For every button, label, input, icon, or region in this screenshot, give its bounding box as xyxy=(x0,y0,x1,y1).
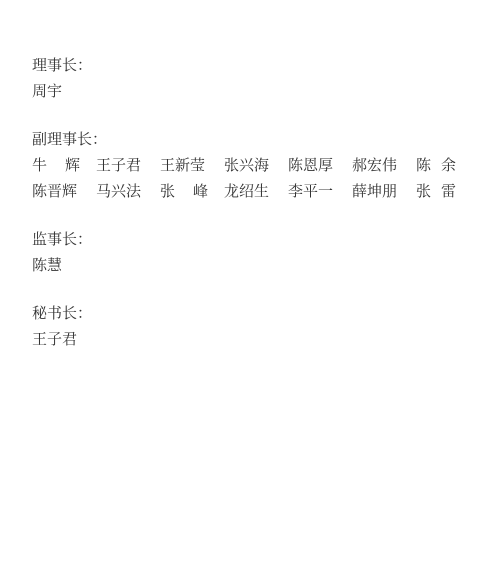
vice-chairman-name: 陈晋辉 xyxy=(32,180,96,202)
secretary-general-name: 王子君 xyxy=(32,328,472,350)
vice-chairman-name: 薛坤朋 xyxy=(352,180,416,202)
vice-chairman-row-2: 陈晋辉 马兴法 张峰 龙绍生 李平一 薛坤朋 张雷 xyxy=(32,180,472,202)
chairman-name: 周宇 xyxy=(32,80,472,102)
vice-chairman-label: 副理事长： xyxy=(32,128,472,150)
vice-chairman-name: 郝宏伟 xyxy=(352,154,416,176)
supervisor-label: 监事长： xyxy=(32,228,472,250)
vice-chairman-name: 李平一 xyxy=(288,180,352,202)
leadership-list: 理事长： 周宇 副理事长： 牛辉 王子君 王新莹 张兴海 陈恩厚 郝宏伟 陈余 … xyxy=(32,54,472,376)
vice-chairman-name: 张兴海 xyxy=(224,154,288,176)
section-chairman: 理事长： 周宇 xyxy=(32,54,472,102)
section-secretary-general: 秘书长： 王子君 xyxy=(32,302,472,350)
vice-chairman-name: 张峰 xyxy=(160,180,224,202)
supervisor-name: 陈慧 xyxy=(32,254,472,276)
vice-chairman-name: 马兴法 xyxy=(96,180,160,202)
section-supervisor: 监事长： 陈慧 xyxy=(32,228,472,276)
vice-chairman-name: 牛辉 xyxy=(32,154,96,176)
vice-chairman-name: 王新莹 xyxy=(160,154,224,176)
section-vice-chairman: 副理事长： 牛辉 王子君 王新莹 张兴海 陈恩厚 郝宏伟 陈余 陈晋辉 马兴法 … xyxy=(32,128,472,202)
chairman-label: 理事长： xyxy=(32,54,472,76)
secretary-general-label: 秘书长： xyxy=(32,302,472,324)
vice-chairman-name: 王子君 xyxy=(96,154,160,176)
vice-chairman-name: 陈恩厚 xyxy=(288,154,352,176)
vice-chairman-name: 陈余 xyxy=(416,154,480,176)
vice-chairman-name: 张雷 xyxy=(416,180,480,202)
vice-chairman-row-1: 牛辉 王子君 王新莹 张兴海 陈恩厚 郝宏伟 陈余 xyxy=(32,154,472,176)
vice-chairman-name: 龙绍生 xyxy=(224,180,288,202)
